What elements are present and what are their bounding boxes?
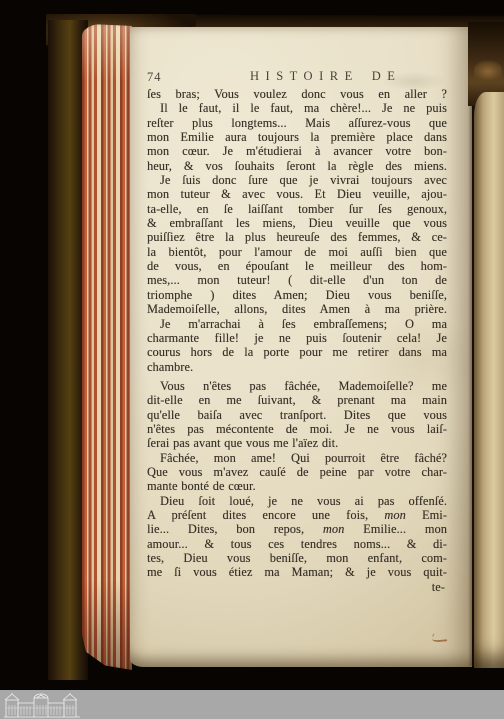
- text-line: Je m'arrachai à ſes embraſſemens; O ma: [147, 317, 447, 331]
- text-line: mon tuteur & avec vous. Et Dieu veuille,…: [147, 187, 447, 201]
- text-line: mon cœur. Je m'étudierai à avancer votre…: [147, 144, 447, 158]
- text-line: Fâchée, mon ame! Qui pourroit être fâché…: [147, 451, 447, 465]
- text-line: mante bonté de cœur.: [147, 479, 447, 493]
- text-line: mes,... mon tuteur! ( dit-elle d'un ton …: [147, 273, 447, 287]
- running-title-word1: HISTOIRE: [250, 69, 359, 84]
- library-building-logo: [3, 691, 81, 718]
- red-sprinkled-page-edges: [82, 24, 132, 670]
- book-page: 74 HISTOIRE DE ſes bras; Vous voulez don…: [130, 27, 472, 667]
- text-line: n'êtes pas mécontente de moi. Je ne vous…: [147, 422, 447, 436]
- text-line: mon Emilie aura toujours la première pla…: [147, 130, 447, 144]
- text-line: charmante fille! je ne puis ſoutenir cel…: [147, 331, 447, 345]
- text-line: de vous, en épouſant le meilleur des hom…: [147, 259, 447, 273]
- running-title-word2: DE: [372, 69, 402, 84]
- text-line: la bientôt, pour l'amour de moi auſſi bi…: [147, 245, 447, 259]
- text-line: lie... Dites, bon repos, mon Emilie... m…: [147, 522, 447, 536]
- text-line: amour... & tous ces tendres noms... & di…: [147, 537, 447, 551]
- text-line: chambre.: [147, 360, 447, 374]
- text-line: ſerai pas avant que vous me l'aïez dit.: [147, 436, 447, 450]
- text-line: A préſent dites encore une fois, mon Emi…: [147, 508, 447, 522]
- page-number: 74: [147, 70, 162, 85]
- text-line: Vous n'êtes pas fâchée, Mademoiſelle? me: [147, 379, 447, 393]
- watermark-bar: [0, 690, 504, 719]
- text-lines: ſes bras; Vous voulez donc vous en aller…: [147, 87, 447, 594]
- text-line: Mademoiſelle, allons, dites Amen à ma pr…: [147, 302, 447, 316]
- text-line: Dieu ſoit loué, je ne vous ai pas offenſ…: [147, 494, 447, 508]
- text-line: triomphe ) dites Amen; Dieu vous beniſſe…: [147, 288, 447, 302]
- text-line: heur, & vos ſouhaits ſeront la règle des…: [147, 159, 447, 173]
- text-line: puiſſiez être la plus heureuſe des femme…: [147, 230, 447, 244]
- text-line: Que vous m'avez cauſé de peine par votre…: [147, 465, 447, 479]
- headband: [474, 60, 502, 86]
- text-line: me ſi vous étiez ma Maman; & je vous qui…: [147, 565, 447, 579]
- book-scan-photo: 74 HISTOIRE DE ſes bras; Vous voulez don…: [0, 0, 504, 719]
- text-line: Je ſuis donc ſure que je vivrai toujours…: [147, 173, 447, 187]
- text-line: courus hors de la porte pour me retirer …: [147, 345, 447, 359]
- page-header: 74 HISTOIRE DE: [130, 69, 472, 85]
- text-line: reſter plus longtems... Mais aſſurez-vou…: [147, 116, 447, 130]
- text-line: dit-elle en me ſuivant, & prenant ma mai…: [147, 393, 447, 407]
- text-line: & embraſſant les miens, Dieu veuille que…: [147, 216, 447, 230]
- running-title: HISTOIRE DE: [250, 69, 401, 84]
- text-line: qu'elle baiſa avec tranſport. Dites que …: [147, 408, 447, 422]
- text-line: ſes bras; Vous voulez donc vous en aller…: [147, 87, 447, 101]
- text-line: tes, Dieu vous beniſſe, mon enfant, com-: [147, 551, 447, 565]
- catchword: te-: [147, 580, 447, 594]
- facing-page-edge: [474, 92, 504, 668]
- text-line: Il le faut, il le faut, ma chère!... Je …: [147, 101, 447, 115]
- text-line: ta-elle, en ſe laiſſant tomber ſur ſes g…: [147, 202, 447, 216]
